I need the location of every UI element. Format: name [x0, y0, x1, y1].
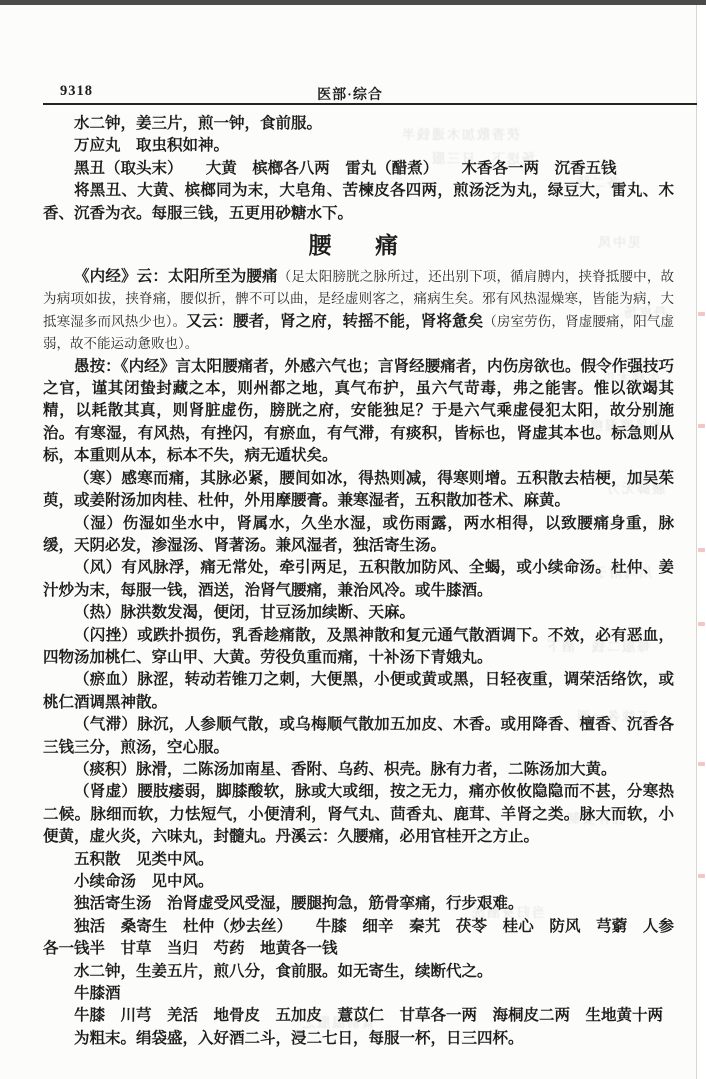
page-edge-line	[696, 5, 697, 1079]
syndrome-paragraph-phlegm: （痰积）脉滑，二陈汤加南星、香附、乌药、枳壳。脉有力者，二陈汤加大黄。	[43, 759, 674, 781]
chapter-title: 腰 痛	[43, 231, 674, 261]
body-paragraph-with-notes: 《内经》云：太阳所至为腰痛（足太阳膀胱之脉所过，还出别下项，循肩膊内，挟脊抵腰中…	[43, 266, 674, 356]
syndrome-paragraph-heat: （热）脉洪数发渴，便闭，甘豆汤加续断、天麻。	[43, 602, 674, 624]
formula-name-line: 牛膝酒	[43, 983, 674, 1005]
syndrome-paragraph-qi-stagnation: （气滞）脉沉，人参顺气散，或乌梅顺气散加五加皮、木香。或用降香、檀香、沉香各三钱…	[43, 714, 674, 759]
body-paragraph: 水二钟，姜三片，煎一钟，食前服。	[43, 113, 674, 135]
scan-top-edge	[0, 0, 706, 5]
red-edge-mark	[698, 312, 705, 316]
syndrome-paragraph-kidney-deficiency: （肾虚）腰肢痿弱，脚膝酸软，脉或大或细，按之无力，痛亦攸攸隐隐而不甚，分寒热二候…	[43, 781, 674, 848]
red-edge-mark	[698, 874, 705, 878]
syndrome-paragraph-sprain: （闪挫）或跌扑损伤，乳香趁痛散，及黑神散和复元通气散酒调下。不效，必有恶血，四物…	[43, 625, 674, 670]
red-edge-mark	[698, 548, 705, 552]
body-paragraph: 将黑丑、大黄、槟榔同为末，大皂角、苦楝皮各四两，煎汤泛为丸，绿豆大，雷丸、木香、…	[43, 180, 674, 225]
ingredient-line: 牛膝 川芎 羌活 地骨皮 五加皮 薏苡仁 甘草各一两 海桐皮二两 生地黄十两	[43, 1005, 674, 1027]
body-paragraph: 为粗末。绢袋盛，入好酒二斗，浸二七日，每服一杯，日三四杯。	[43, 1028, 674, 1050]
formula-indication-line: 独活寄生汤 治肾虚受风受湿，腰腿拘急，筋骨挛痛，行步艰难。	[43, 893, 674, 915]
red-edge-mark	[698, 762, 705, 766]
formula-reference-line: 小续命汤 见中风。	[43, 871, 674, 893]
commentary-paragraph: 愚按：《内经》言太阳腰痛者，外感六气也；言肾经腰痛者，内伤房欲也。假令作强技巧之…	[43, 356, 674, 468]
quote-text: 《内经》云：太阳所至为腰痛	[74, 268, 278, 285]
body-paragraph: 水二钟，生姜五片，煎八分，食前服。如无寄生，续断代之。	[43, 961, 674, 983]
syndrome-paragraph-damp: （湿）伤湿如坐水中，肾属水，久坐水湿，或伤雨露，两水相得，以致腰痛身重，脉缓，天…	[43, 513, 674, 558]
syndrome-paragraph-blood-stasis: （瘀血）脉涩，转动若锥刀之刺，大便黑，小便或黄或黑，日轻夜重，调荣活络饮，或桃仁…	[43, 669, 674, 714]
red-edge-mark	[698, 424, 705, 428]
formula-name-line: 万应丸 取虫积如神。	[43, 135, 674, 157]
ingredient-line: 独活 桑寄生 杜仲（炒去丝） 牛膝 细辛 秦艽 茯苓 桂心 防风 芎藭 人参各一…	[43, 916, 674, 961]
running-head: 9318 医部·综合	[43, 83, 697, 105]
section-header: 医部·综合	[43, 84, 657, 104]
red-edge-mark	[698, 622, 705, 626]
ingredient-line: 黑丑（取头末） 大黄 槟榔各八两 雷丸（醋煮） 木香各一两 沉香五钱	[43, 158, 674, 180]
page-body: 水二钟，姜三片，煎一钟，食前服。 万应丸 取虫积如神。 黑丑（取头末） 大黄 槟…	[43, 113, 674, 1050]
quote-text: 又云：腰者，肾之府，转摇不能，肾将惫矣	[186, 313, 483, 330]
page-edge-strip	[697, 5, 706, 1079]
syndrome-paragraph-wind: （风）有风脉浮，痛无常处，牵引两足，五积散加防风、全蝎，或小续命汤。杜仲、姜汁炒…	[43, 557, 674, 602]
scanned-book-page: 茯香散加木通钱半 汤送下 日三服 各二钱 见中风 丹皮汤 牛膝木瓜 治风寒湿痹 …	[0, 0, 706, 1079]
syndrome-paragraph-cold: （寒）感寒而痛，其脉必紧，腰间如冰，得热则减，得寒则增。五积散去桔梗，加吴茱萸，…	[43, 468, 674, 513]
formula-reference-line: 五积散 见类中风。	[43, 849, 674, 871]
